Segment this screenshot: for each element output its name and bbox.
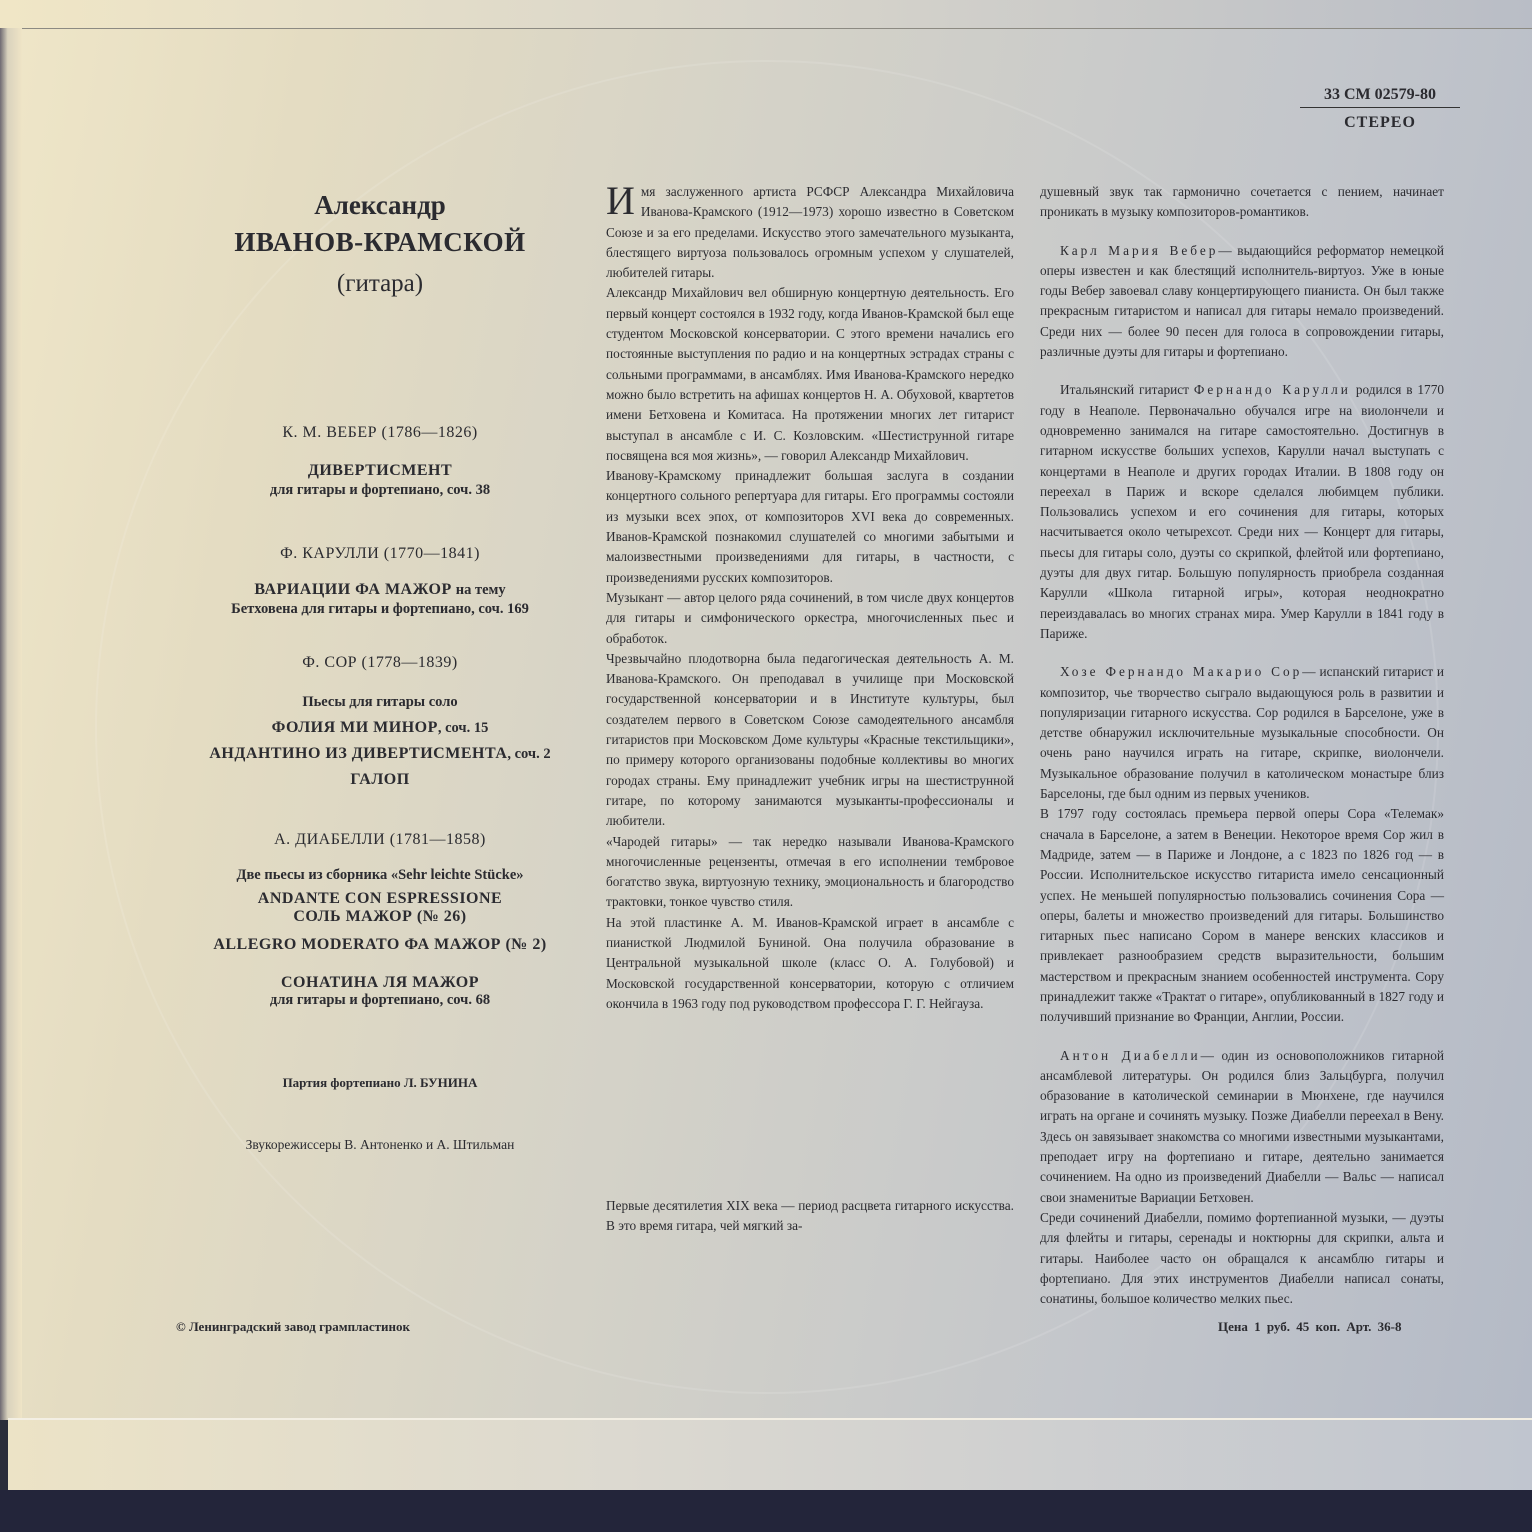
work-line: ВАРИАЦИИ ФА МАЖОР на тему <box>175 581 585 599</box>
notes-text: родился в 1770 году в Неаполе. Первонача… <box>1040 382 1444 641</box>
work-title: ALLEGRO MODERATO ФА МАЖОР (№ 2) <box>175 936 585 954</box>
artist-last-name: ИВАНОВ-КРАМСКОЙ <box>175 227 585 258</box>
drop-cap: И <box>606 184 635 218</box>
background-surface <box>0 1490 1532 1532</box>
liner-notes-middle: Имя заслуженного артиста РСФСР Александр… <box>606 182 1014 1014</box>
notes-paragraph: На этой пластинке А. М. Иванов-Крамской … <box>606 913 1014 1014</box>
notes-paragraph: В 1797 году состоялась премьера первой о… <box>1040 804 1444 1027</box>
notes-paragraph-weber: Карл Мария Вебер— выдающийся реформатор … <box>1040 241 1444 363</box>
work-title: ВАРИАЦИИ ФА МАЖОР <box>254 581 451 598</box>
artist-first-name: Александр <box>175 190 585 221</box>
piano-credit: Партия фортепиано Л. БУНИНА <box>175 1075 585 1091</box>
person-name: Антон Диабелли <box>1060 1048 1201 1063</box>
work-title-suffix: на тему <box>456 582 506 598</box>
catalog-number: 33 СМ 02579-80 <box>1300 86 1460 108</box>
work-line: ФОЛИЯ МИ МИНОР, соч. 15 <box>175 719 585 737</box>
work-title-line2: СОЛЬ МАЖОР (№ 26) <box>175 908 585 926</box>
work-title: ГАЛОП <box>175 771 585 789</box>
work-title: ANDANTE CON ESPRESSIONE <box>175 890 585 908</box>
liner-notes-right: душевный звук так гармонично сочетается … <box>1040 182 1444 1309</box>
notes-paragraph-diabelli: Антон Диабелли— один из основоположников… <box>1040 1046 1444 1208</box>
notes-paragraph: душевный звук так гармонично сочетается … <box>1040 182 1444 223</box>
program-column: Александр ИВАНОВ-КРАМСКОЙ (гитара) К. М.… <box>175 190 585 1153</box>
notes-text: мя заслуженного артиста РСФСР Александра… <box>606 184 1014 280</box>
record-sleeve-back: 33 СМ 02579-80 СТЕРЕО Александр ИВАНОВ-К… <box>0 0 1532 1420</box>
format-label: СТЕРЕО <box>1300 114 1460 132</box>
notes-paragraph: Иванову-Крамскому принадлежит большая за… <box>606 466 1014 588</box>
price-line: Цена 1 руб. 45 коп. Арт. 36-8 <box>1218 1319 1402 1335</box>
work-title: АНДАНТИНО ИЗ ДИВЕРТИСМЕНТА <box>209 745 507 762</box>
work-group-intro: Пьесы для гитары соло <box>175 694 585 711</box>
work-group-intro: Две пьесы из сборника «Sehr leichte Stüc… <box>175 867 585 884</box>
person-name: Карл Мария Вебер <box>1060 243 1218 258</box>
sound-engineers-credit: Звукорежиссеры В. Антоненко и А. Штильма… <box>175 1137 585 1153</box>
notes-paragraph: Александр Михайлович вел обширную концер… <box>606 283 1014 466</box>
work-opus: , соч. 15 <box>438 720 489 736</box>
notes-paragraph: Имя заслуженного артиста РСФСР Александр… <box>606 182 1014 283</box>
composer-sor: Ф. СОР (1778—1839) <box>175 654 585 672</box>
person-name: Фернандо Карулли <box>1194 382 1351 397</box>
work-subtitle: Бетховена для гитары и фортепиано, соч. … <box>175 601 585 618</box>
work-opus: , соч. 2 <box>507 746 550 762</box>
liner-notes-middle-end: Первые десятилетия XIX века — период рас… <box>606 1196 1014 1237</box>
notes-paragraph-sor: Хозе Фернандо Макарио Сор— испанский гит… <box>1040 662 1444 804</box>
sleeve-left-edge <box>0 28 22 1420</box>
publisher-line: © Ленинградский завод грампластинок <box>176 1319 410 1335</box>
notes-text: Итальянский гитарист <box>1060 382 1189 397</box>
notes-paragraph: Музыкант — автор целого ряда сочинений, … <box>606 588 1014 649</box>
work-title: СОНАТИНА ЛЯ МАЖОР <box>175 974 585 992</box>
notes-paragraph: Чрезвычайно плодотворна была педагогичес… <box>606 649 1014 832</box>
sleeve-bottom-flap <box>8 1418 1532 1492</box>
notes-text: — испанский гитарист и композитор, чье т… <box>1040 664 1444 801</box>
work-subtitle: для гитары и фортепиано, соч. 38 <box>175 482 585 499</box>
notes-paragraph: Среди сочинений Диабелли, помимо фортепи… <box>1040 1208 1444 1309</box>
notes-paragraph: «Чародей гитары» — так нередко называли … <box>606 832 1014 913</box>
sleeve-top-flap <box>0 0 1532 29</box>
composer-diabelli: А. ДИАБЕЛЛИ (1781—1858) <box>175 831 585 849</box>
work-title: ДИВЕРТИСМЕНТ <box>175 462 585 480</box>
work-title: ФОЛИЯ МИ МИНОР <box>272 719 438 736</box>
composer-carulli: Ф. КАРУЛЛИ (1770—1841) <box>175 545 585 563</box>
notes-text: — выдающийся реформатор немецкой оперы и… <box>1040 243 1444 359</box>
work-subtitle: для гитары и фортепиано, соч. 68 <box>175 992 585 1009</box>
person-name: Хозе Фернандо Макарио Сор <box>1060 664 1302 679</box>
catalog-block: 33 СМ 02579-80 СТЕРЕО <box>1300 86 1460 132</box>
work-line: АНДАНТИНО ИЗ ДИВЕРТИСМЕНТА, соч. 2 <box>175 745 585 763</box>
instrument-label: (гитара) <box>175 270 585 298</box>
composer-weber: К. М. ВЕБЕР (1786—1826) <box>175 424 585 442</box>
notes-text: — один из основоположников гитарной анса… <box>1040 1048 1444 1205</box>
notes-paragraph-carulli: Итальянский гитарист Фернандо Карулли ро… <box>1040 380 1444 644</box>
notes-paragraph: Первые десятилетия XIX века — период рас… <box>606 1196 1014 1237</box>
